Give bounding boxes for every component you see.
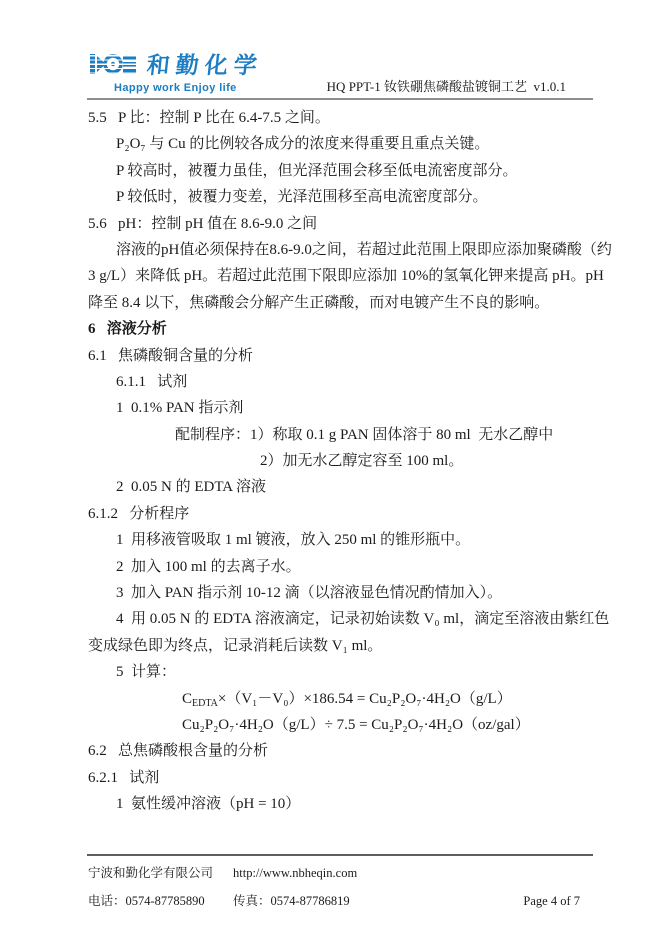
fax-number: 传真：0574-87786819 [233, 887, 523, 915]
doc-line: 3 加入 PAN 指示剂 10-12 滴（以溶液显色情况酌情加入）。 [88, 580, 592, 606]
doc-line: 2）加无水乙醇定容至 100 ml。 [88, 448, 592, 474]
doc-line: 3 g/L）来降低 pH。若超过此范围下限即应添加 10%的氢氧化钾来提高 pH… [88, 263, 592, 289]
doc-line: 溶液的pH值必须保持在8.6-9.0之间，若超过此范围上限即应添加聚磷酸（约 [88, 237, 592, 263]
company-name: 宁波和勤化学有限公司 [88, 859, 233, 887]
doc-line: 5.6 pH：控制 pH 值在 8.6-9.0 之间 [88, 211, 592, 237]
doc-line: 配制程序：1）称取 0.1 g PAN 固体溶于 80 ml 无水乙醇中 [88, 422, 592, 448]
footer-spacer [580, 859, 592, 887]
hqe-logo-icon [90, 52, 136, 76]
doc-line: P 较低时，被覆力变差，光泽范围移至高电流密度部分。 [88, 184, 592, 210]
document-body: 5.5 P 比：控制 P 比在 6.4-7.5 之间。 P₂O₇ 与 Cu 的比… [88, 105, 592, 818]
website-url: http://www.nbheqin.com [233, 859, 580, 887]
section-6-heading: 6 溶液分析 [88, 316, 592, 342]
doc-line: 2 加入 100 ml 的去离子水。 [88, 554, 592, 580]
doc-line: 6.1.2 分析程序 [88, 501, 592, 527]
page-footer: 宁波和勤化学有限公司 http://www.nbheqin.com 电话：057… [88, 859, 592, 915]
formula-line: CEDTA×（V₁－V₀）×186.54 = Cu₂P₂O₇·4H₂O（g/L） [88, 686, 592, 712]
phone-number: 电话：0574-87785890 [88, 887, 233, 915]
document-title: HQ PPT-1 钕铁硼焦磷酸盐镀铜工艺 v1.0.1 [88, 76, 592, 95]
logo-stripe-overlay [90, 52, 136, 76]
doc-line: 1 用移液管吸取 1 ml 镀液，放入 250 ml 的锥形瓶中。 [88, 527, 592, 553]
header-divider [87, 98, 593, 100]
doc-line: 5 计算： [88, 659, 592, 685]
doc-line: P₂O₇ 与 Cu 的比例较各成分的浓度来得重要且重点关键。 [88, 131, 592, 157]
doc-line: 6.2 总焦磷酸根含量的分析 [88, 738, 592, 764]
doc-line: 4 用 0.05 N 的 EDTA 溶液滴定，记录初始读数 V₀ ml，滴定至溶… [88, 606, 592, 632]
doc-line: 5.5 P 比：控制 P 比在 6.4-7.5 之间。 [88, 105, 592, 131]
doc-line: P 较高时，被覆力虽佳，但光泽范围会移至低电流密度部分。 [88, 158, 592, 184]
page-number: Page 4 of 7 [523, 887, 592, 915]
formula-symbol: C [182, 691, 192, 707]
document-page: 和勤化学 Happy work Enjoy life HQ PPT-1 钕铁硼焦… [0, 0, 671, 950]
doc-line: 2 0.05 N 的 EDTA 溶液 [88, 474, 592, 500]
formula-subscript: EDTA [192, 698, 218, 709]
doc-line: 降至 8.4 以下，焦磷酸会分解产生正磷酸，而对电镀产生不良的影响。 [88, 290, 592, 316]
formula-expression: ×（V₁－V₀）×186.54 = Cu₂P₂O₇·4H₂O（g/L） [218, 691, 512, 707]
footer-divider [87, 854, 593, 856]
doc-line: 6.1 焦磷酸铜含量的分析 [88, 343, 592, 369]
doc-line: 6.2.1 试剂 [88, 765, 592, 791]
doc-line: 1 氨性缓冲溶液（pH = 10） [88, 791, 592, 817]
formula-line: Cu₂P₂O₇·4H₂O（g/L）÷ 7.5 = Cu₂P₂O₇·4H₂O（oz… [88, 712, 592, 738]
doc-line: 变成绿色即为终点，记录消耗后读数 V₁ ml。 [88, 633, 592, 659]
doc-line: 6.1.1 试剂 [88, 369, 592, 395]
doc-line: 1 0.1% PAN 指示剂 [88, 395, 592, 421]
